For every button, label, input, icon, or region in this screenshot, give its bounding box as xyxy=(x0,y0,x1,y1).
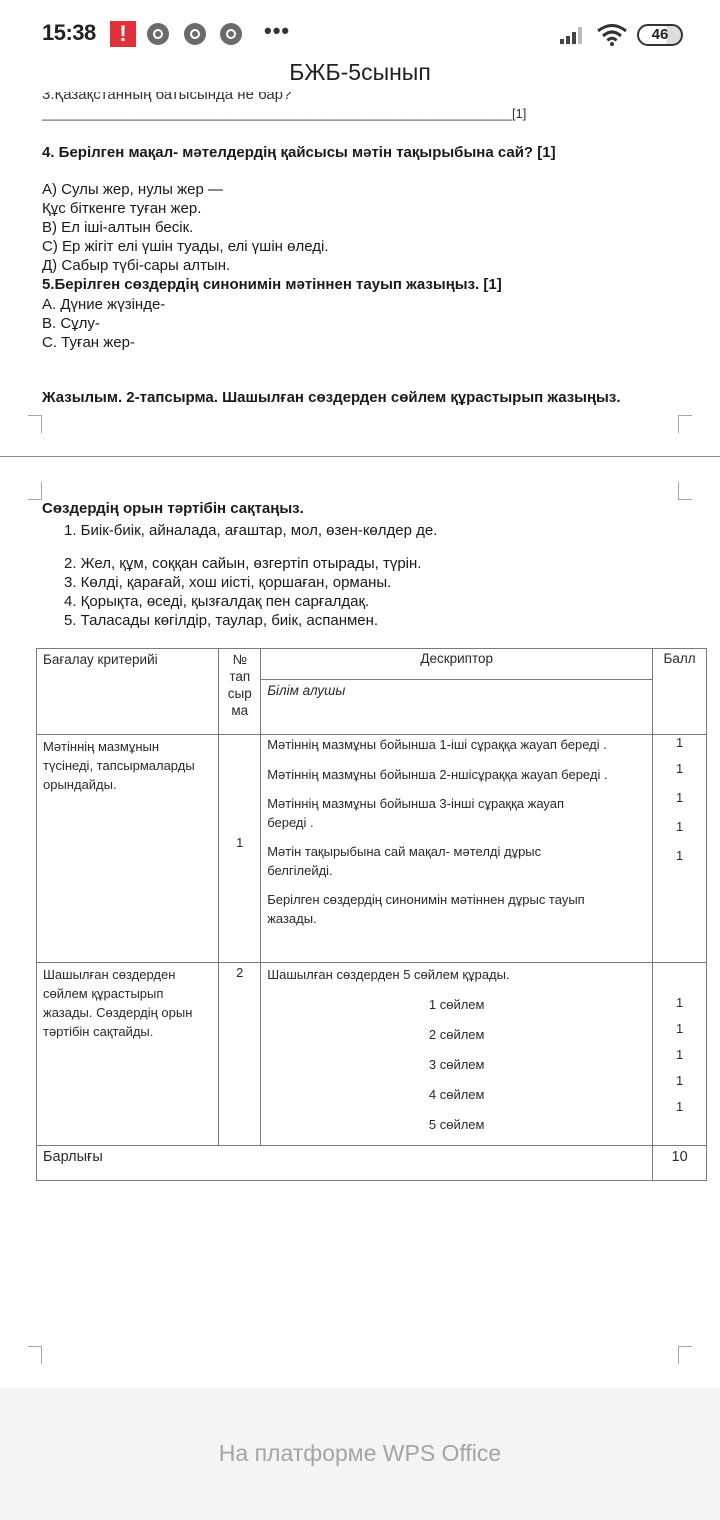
q4-option: В) Ел іші-алтын бесік. xyxy=(42,219,193,236)
score-value: 1 xyxy=(653,1047,706,1062)
page-corner-mark xyxy=(678,482,692,500)
status-time: 15:38 xyxy=(42,20,96,46)
cell-signal-icon xyxy=(560,26,586,44)
task-2-instruction: Сөздердің орын тәртібін сақтаңыз. xyxy=(42,500,304,517)
question-5: 5.Берілген сөздердің синонимін мәтіннен … xyxy=(42,276,502,293)
header-task-no-line: тап xyxy=(219,668,260,685)
descriptor-item: Мәтіннің мазмұны бойынша 1-іші сұраққа ж… xyxy=(261,735,652,754)
descriptor-item: 2 сөйлем xyxy=(261,1025,652,1044)
header-descriptor: Дескриптор Білім алушы xyxy=(261,649,653,735)
q4-option: С) Ер жігіт елі үшін туады, елі үшін өле… xyxy=(42,238,329,255)
descriptor-item: 4 сөйлем xyxy=(261,1085,652,1104)
score-value: 1 xyxy=(653,848,706,863)
q4-option: А) Сулы жер, нулы жер — xyxy=(42,181,223,198)
wps-footer-banner: На платформе WPS Office xyxy=(0,1388,720,1520)
q4-option: Д) Сабыр түбі-сары алтын. xyxy=(42,257,230,274)
scrambled-sentence: 4. Қорықта, өседі, қызғалдақ пен сарғалд… xyxy=(64,593,369,610)
score-value: 1 xyxy=(653,1021,706,1036)
descriptor-cell: Шашылған сөздерден 5 сөйлем құрады. 1 сө… xyxy=(261,963,653,1146)
header-task-no-line: сыр xyxy=(219,685,260,702)
chrome-icon xyxy=(184,23,206,45)
descriptor-item: Берілген сөздердің синонимін мәтіннен дұ… xyxy=(261,890,631,928)
page-corner-mark xyxy=(28,415,42,433)
q5-option: А. Дүние жүзінде- xyxy=(42,296,165,313)
battery-indicator: 46 xyxy=(637,24,683,46)
q5-option: В. Сұлу- xyxy=(42,315,100,332)
more-notifications-icon: ••• xyxy=(264,18,290,44)
q4-option: Құс біткенге туған жер. xyxy=(42,200,201,217)
task-2-heading-rest: . Шашылған сөздерден сөйлем құрастырып ж… xyxy=(214,389,621,406)
wifi-icon xyxy=(597,24,627,46)
page-corner-mark xyxy=(678,1346,692,1364)
chrome-icon xyxy=(147,23,169,45)
descriptor-item: Мәтіннің мазмұны бойынша 3-інші сұраққа … xyxy=(261,794,611,832)
score-value: 1 xyxy=(653,1073,706,1088)
descriptor-item: 3 сөйлем xyxy=(261,1055,652,1074)
score-value: 1 xyxy=(653,819,706,834)
descriptor-intro: Шашылған сөздерден 5 сөйлем құрады. xyxy=(261,963,652,984)
header-task-no-line: № xyxy=(219,651,260,668)
descriptor-item: Мәтіннің мазмұны бойынша 2-ншісұраққа жа… xyxy=(261,765,651,784)
score-cell: 1 1 1 1 1 xyxy=(653,963,707,1146)
table-row: Шашылған сөздерден сөйлем құрастырып жаз… xyxy=(37,963,707,1146)
question-4: 4. Берілген мақал- мәтелдердің қайсысы м… xyxy=(42,144,556,161)
score-value: 1 xyxy=(653,761,706,776)
alert-icon: ! xyxy=(110,21,136,47)
page-corner-mark xyxy=(678,415,692,433)
header-descriptor-sub: Білім алушы xyxy=(261,680,652,701)
table-total-row: Барлығы 10 xyxy=(37,1146,707,1181)
question-3-answer-line: ________________________________________… xyxy=(42,106,526,121)
assessment-rubric-table: Бағалау критерийі № тап сыр ма Дескрипто… xyxy=(36,648,707,1181)
criteria-cell: Шашылған сөздерден сөйлем құрастырып жаз… xyxy=(37,963,219,1146)
total-label: Барлығы xyxy=(37,1146,653,1181)
score-cell: 1 1 1 1 1 xyxy=(653,735,707,963)
wps-platform-label: На платформе WPS Office xyxy=(0,1440,720,1467)
scrambled-sentence: 1. Биік-биік, айналада, ағаштар, мол, өз… xyxy=(64,522,437,539)
chrome-icon xyxy=(220,23,242,45)
table-row: Мәтіннің мазмұнын түсінеді, тапсырмалард… xyxy=(37,735,707,963)
page-corner-mark xyxy=(28,482,42,500)
task-no-cell: 1 xyxy=(219,735,261,963)
descriptor-item: 5 сөйлем xyxy=(261,1115,652,1134)
page-separator xyxy=(0,456,720,457)
header-criteria: Бағалау критерийі xyxy=(37,649,219,735)
header-task-no: № тап сыр ма xyxy=(219,649,261,735)
task-no-cell: 2 xyxy=(219,963,261,1146)
scrambled-sentence: 2. Жел, құм, соққан сайын, өзгертіп отыр… xyxy=(64,555,421,572)
page-corner-mark xyxy=(28,1346,42,1364)
score-value: 1 xyxy=(653,995,706,1010)
score-value: 1 xyxy=(653,790,706,805)
document-title: БЖБ-5сынып xyxy=(0,59,720,86)
score-value: 1 xyxy=(653,1099,706,1114)
total-value: 10 xyxy=(653,1146,707,1181)
header-task-no-line: ма xyxy=(219,702,260,719)
descriptor-item: Мәтін тақырыбына сай мақал- мәтелді дұры… xyxy=(261,842,601,880)
header-score: Балл xyxy=(653,649,707,735)
scrambled-sentence: 5. Таласады көгілдір, таулар, биік, аспа… xyxy=(64,612,378,629)
status-bar: 15:38 ! ••• 46 xyxy=(0,0,720,68)
criteria-cell: Мәтіннің мазмұнын түсінеді, тапсырмалард… xyxy=(37,735,219,963)
question-3-partial: 3.Қазақстанның батысында не бар? xyxy=(42,86,291,103)
header-descriptor-title: Дескриптор xyxy=(261,649,652,680)
q5-option: С. Туған жер- xyxy=(42,334,135,351)
descriptor-cell: Мәтіннің мазмұны бойынша 1-іші сұраққа ж… xyxy=(261,735,653,963)
descriptor-item: 1 сөйлем xyxy=(261,995,652,1014)
table-header-row: Бағалау критерийі № тап сыр ма Дескрипто… xyxy=(37,649,707,735)
task-2-heading: Жазылым. 2-тапсырма. Шашылған сөздерден … xyxy=(42,389,621,406)
task-2-heading-bold: Жазылым. 2-тапсырма xyxy=(42,389,214,406)
score-value: 1 xyxy=(653,735,706,750)
scrambled-sentence: 3. Көлді, қарағай, хош иісті, қоршаған, … xyxy=(64,574,391,591)
